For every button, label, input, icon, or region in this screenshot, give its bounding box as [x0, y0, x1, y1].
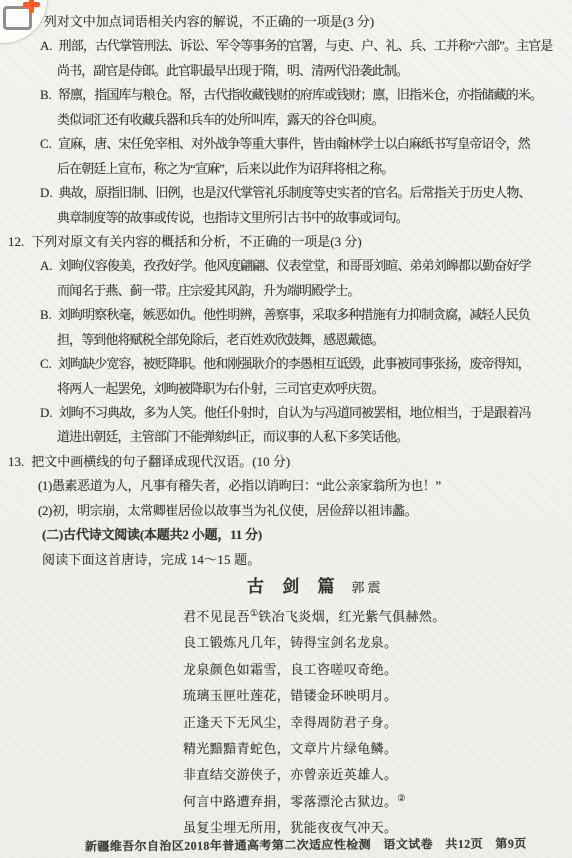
q12-option-a-line-1: A.刘昫仪容俊美，孜孜好学。他风度翩翩、仪表堂堂，和哥哥刘暄、弟弟刘皞都以勤奋好…: [0, 254, 572, 278]
verse-text: 铁冶飞炎烟，红光紫气俱赫然。: [258, 609, 446, 624]
q11-option-d-line-2: 典章制度等的故事或传说，也指诗文里所引古书中的故事或词句。: [0, 206, 572, 230]
verse-text: 非直结交游侠子，亦曾亲近英雄人。: [183, 767, 397, 782]
option-text: 道进出朝廷，主管部门不能弹劾纠正，而议事的人私下多笑话他。: [57, 429, 408, 444]
section-instruction-text: 阅读下面这首唐诗，完成 14～15 题。: [42, 552, 261, 567]
option-text: 宣麻，唐、宋任免宰相、对外战争等重大事件，皆由翰林学士以白麻纸书写皇帝诏令，然: [58, 136, 530, 151]
verse-text: 精光黯黯青蛇色，文章片片绿龟鳞。: [183, 741, 397, 756]
exam-body: 11.下列对文中加点词语相关内容的解说，不正确的一项是(3 分) A.刑部，古代…: [0, 10, 572, 838]
exam-page: 11.下列对文中加点词语相关内容的解说，不正确的一项是(3 分) A.刑部，古代…: [0, 0, 572, 858]
poem-block: 古 剑 篇郭震 君不见昆吾①铁冶飞炎烟，红光紫气俱赫然。 良工锻炼凡几年，铸得宝…: [0, 573, 572, 838]
q12-option-a-line-2: 而闻名于燕、蓟一带。庄宗爱其风韵，升为端明殿学士。: [0, 279, 572, 303]
question-13-stem: 13.把文中画横线的句子翻译成现代汉语。(10 分): [0, 450, 572, 474]
option-label-c: C.: [40, 136, 52, 151]
translation-item: (1)愚素恶道为人，凡事有稽失者，必指以诮昫曰：“此公亲家翁所为也！”: [38, 478, 441, 493]
q12-option-d-line-1: D.刘昫不习典故，多为人笑。他任仆射时，自认为与冯道同被罢相，地位相当，于是跟着…: [0, 401, 572, 425]
question-13-number: 13.: [8, 454, 24, 469]
q11-option-a-line-2: 尚书，副官是侍郎。此官职最早出现于隋，明、清两代沿袭此制。: [0, 59, 572, 83]
option-text: 后在朝廷上宣布，称之为“宣麻”，后来以此作为诏拜将相之称。: [57, 161, 393, 176]
question-12-text: 下列对原文有关内容的概括和分析，不正确的一项是(3 分): [31, 234, 361, 249]
option-text: 刘昫缺少宽容，被贬降职。他和刚强耿介的李愚相互诋毁，此事被同事张扬，废帝得知，: [58, 356, 530, 371]
poem-line: 正逢天下无风尘，幸得周防君子身。: [0, 706, 572, 732]
screenshot-capture-button[interactable]: [0, 0, 52, 44]
option-text: 典故，原指旧制、旧例，也是汉代掌管礼乐制度等史实者的官名。后常指关于历史人物、: [59, 185, 531, 200]
q13-sentence-1: (1)愚素恶道为人，凡事有稽失者，必指以诮昫曰：“此公亲家翁所为也！”: [0, 474, 572, 498]
option-text: 帑廪，指国库与粮仓。帑，古代指收藏钱财的府库或钱财；廪，旧指米仓，亦指储藏的米。: [58, 87, 542, 102]
option-text: 类似词汇还有收藏兵器和兵车的处所叫库，露天的谷仓叫庾。: [57, 112, 384, 127]
q11-option-b-line-1: B.帑廪，指国库与粮仓。帑，古代指收藏钱财的府库或钱财；廪，旧指米仓，亦指储藏的…: [0, 83, 572, 107]
q13-sentence-2: (2)初，明宗崩，太常卿崔居俭以故事当为礼仪使，居俭辞以祖讳蠡。: [0, 499, 572, 523]
q12-option-d-line-2: 道进出朝廷，主管部门不能弹劾纠正，而议事的人私下多笑话他。: [0, 425, 572, 449]
q11-option-a-line-1: A.刑部，古代掌管刑法、诉讼、军令等事务的官署，与吏、户、礼、兵、工并称“六部”…: [0, 34, 572, 58]
option-text: 而闻名于燕、蓟一带。庄宗爱其风韵，升为端明殿学士。: [57, 283, 360, 298]
question-13-text: 把文中画横线的句子翻译成现代汉语。(10 分): [31, 454, 290, 469]
poem-line: 龙泉颜色如霜雪，良工咨嗟叹奇绝。: [0, 653, 572, 679]
option-text: 尚书，副官是侍郎。此官职最早出现于隋，明、清两代沿袭此制。: [57, 63, 408, 78]
verse-text: 正逢天下无风尘，幸得周防君子身。: [183, 715, 397, 730]
translation-item: (2)初，明宗崩，太常卿崔居俭以故事当为礼仪使，居俭辞以祖讳蠡。: [38, 503, 417, 518]
option-label-d: D.: [40, 405, 53, 420]
q12-option-c-line-1: C.刘昫缺少宽容，被贬降职。他和刚强耿介的李愚相互诋毁，此事被同事张扬，废帝得知…: [0, 352, 572, 376]
page-footer: 新疆维吾尔自治区2018年普通高考第二次适应性检测 语文试卷 共12页 第9页: [85, 834, 527, 854]
footnote-mark-2: ②: [397, 793, 405, 803]
poem-title-line: 古 剑 篇郭震: [0, 573, 572, 600]
question-12-number: 12.: [8, 234, 24, 249]
verse-text: 琉璃玉匣吐莲花，错镂金环映明月。: [183, 688, 397, 703]
option-label-d: D.: [40, 185, 53, 200]
q12-option-b-line-2: 担，等到他将赋税全部免除后，老百姓欢欣鼓舞，感恩戴德。: [0, 328, 572, 352]
option-text: 担，等到他将赋税全部免除后，老百姓欢欣鼓舞，感恩戴德。: [57, 332, 384, 347]
verse-text: 君不见昆吾: [183, 609, 250, 624]
option-text: 刑部，古代掌管刑法、诉讼、军令等事务的官署，与吏、户、礼、兵、工并称“六部”。主…: [59, 38, 553, 53]
option-label-b: B.: [40, 307, 52, 322]
section-heading-text: (二)古代诗文阅读(本题共2 小题，11 分): [42, 527, 262, 542]
option-text: 典章制度等的故事或传说，也指诗文里所引古书中的故事或词句。: [57, 210, 408, 225]
verse-text: 龙泉颜色如霜雪，良工咨嗟叹奇绝。: [183, 662, 397, 677]
option-text: 将两人一起罢免，刘昫被降职为右仆射，三司官吏欢呼庆贺。: [57, 381, 384, 396]
option-text: 刘昫不习典故，多为人笑。他任仆射时，自认为与冯道同被罢相，地位相当，于是跟着冯: [59, 405, 531, 420]
poem-title: 古 剑 篇: [247, 577, 342, 596]
footnote-mark-1: ①: [250, 608, 258, 618]
option-text: 刘昫明察秋毫，嫉恶如仇。他性明辨，善察事，采取多种措施有力抑制贪腐，减轻人民负: [58, 307, 530, 322]
option-label-c: C.: [40, 356, 52, 371]
q12-option-c-line-2: 将两人一起罢免，刘昫被降职为右仆射，三司官吏欢呼庆贺。: [0, 377, 572, 401]
poem-line: 君不见昆吾①铁冶飞炎烟，红光紫气俱赫然。: [0, 600, 572, 626]
question-12-stem: 12.下列对原文有关内容的概括和分析，不正确的一项是(3 分): [0, 230, 572, 254]
q11-option-d-line-1: D.典故，原指旧制、旧例，也是汉代掌管礼乐制度等史实者的官名。后常指关于历史人物…: [0, 181, 572, 205]
section-heading: (二)古代诗文阅读(本题共2 小题，11 分): [0, 523, 572, 547]
poem-line: 精光黯黯青蛇色，文章片片绿龟鳞。: [0, 732, 572, 758]
plus-icon: [23, 0, 40, 13]
q11-option-c-line-1: C.宣麻，唐、宋任免宰相、对外战争等重大事件，皆由翰林学士以白麻纸书写皇帝诏令，…: [0, 132, 572, 156]
footer-text: 新疆维吾尔自治区2018年普通高考第二次适应性检测 语文试卷 共12页 第9页: [85, 836, 527, 853]
section-instruction: 阅读下面这首唐诗，完成 14～15 题。: [0, 548, 572, 572]
q11-option-b-line-2: 类似词汇还有收藏兵器和兵车的处所叫库，露天的谷仓叫庾。: [0, 108, 572, 132]
option-label-a: A.: [40, 258, 53, 273]
option-label-b: B.: [40, 87, 52, 102]
q11-option-c-line-2: 后在朝廷上宣布，称之为“宣麻”，后来以此作为诏拜将相之称。: [0, 157, 572, 181]
poem-line: 虽复尘埋无所用，犹能夜夜气冲天。: [0, 811, 572, 837]
poem-author: 郭震: [352, 580, 384, 595]
question-11-stem: 11.下列对文中加点词语相关内容的解说，不正确的一项是(3 分): [0, 10, 572, 34]
poem-line: 何言中路遭弃捐，零落漂沦古狱边。②: [0, 785, 572, 811]
poem-line: 非直结交游侠子，亦曾亲近英雄人。: [0, 758, 572, 784]
q12-option-b-line-1: B.刘昫明察秋毫，嫉恶如仇。他性明辨，善察事，采取多种措施有力抑制贪腐，减轻人民…: [0, 303, 572, 327]
verse-text: 良工锻炼凡几年，铸得宝剑名龙泉。: [183, 635, 397, 650]
poem-line: 琉璃玉匣吐莲花，错镂金环映明月。: [0, 679, 572, 705]
question-11-text: 下列对文中加点词语相关内容的解说，不正确的一项是(3 分): [31, 14, 374, 29]
verse-text: 虽复尘埋无所用，犹能夜夜气冲天。: [183, 820, 397, 835]
option-text: 刘昫仪容俊美，孜孜好学。他风度翩翩、仪表堂堂，和哥哥刘暄、弟弟刘皞都以勤奋好学: [59, 258, 531, 273]
verse-text: 何言中路遭弃捐，零落漂沦古狱边。: [183, 794, 397, 809]
poem-line: 良工锻炼凡几年，铸得宝剑名龙泉。: [0, 626, 572, 652]
